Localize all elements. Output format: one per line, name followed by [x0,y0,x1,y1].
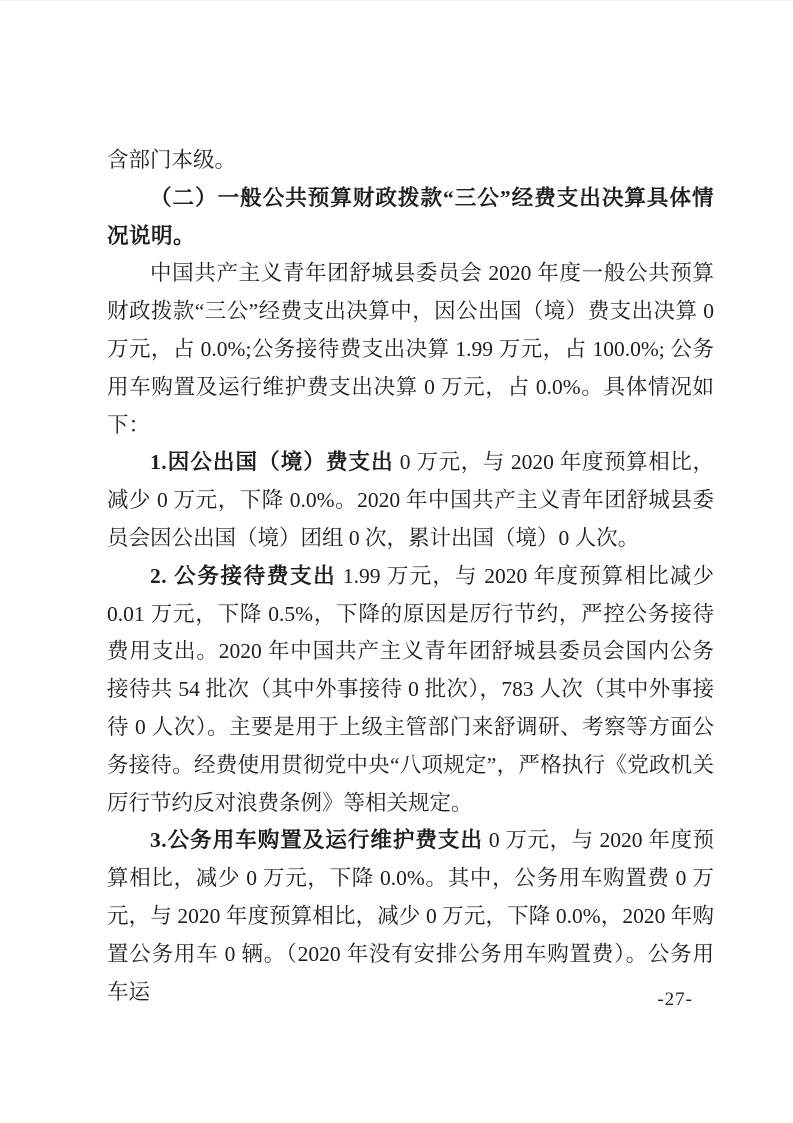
paragraph-lead-bold: 1.因公出国（境）费支出 [150,450,394,474]
paragraph-text: 0 万元，与 2020 年度预算相比，减少 0 万元，下降 0.0%。其中，公务… [107,828,714,1003]
section-heading: （二）一般公共预算财政拨款“三公”经费支出决算具体情况说明。 [107,180,714,256]
paragraph-text: 1.99 万元，与 2020 年度预算相比减少 0.01 万元，下降 0.5%，… [107,564,714,815]
paragraph-lead-bold: 3.公务用车购置及运行维护费支出 [150,828,483,852]
paragraph-text: 含部门本级。 [107,148,236,172]
paragraph-item-3: 3.公务用车购置及运行维护费支出 0 万元，与 2020 年度预算相比，减少 0… [107,822,714,1011]
paragraph-text: 中国共产主义青年团舒城县委员会 2020 年度一般公共预算财政拨款“三公”经费支… [107,261,714,436]
paragraph-lead-bold: 2. 公务接待费支出 [150,564,336,588]
paragraph-overview: 中国共产主义青年团舒城县委员会 2020 年度一般公共预算财政拨款“三公”经费支… [107,255,714,444]
paragraph-item-2: 2. 公务接待费支出 1.99 万元，与 2020 年度预算相比减少 0.01 … [107,558,714,823]
paragraph-continued: 含部门本级。 [107,142,714,180]
paragraph-item-1: 1.因公出国（境）费支出 0 万元，与 2020 年度预算相比，减少 0 万元，… [107,444,714,557]
page-number: -27- [657,989,693,1011]
paragraph-text: （二）一般公共预算财政拨款“三公”经费支出决算具体情况说明。 [107,186,714,248]
document-page: 含部门本级。（二）一般公共预算财政拨款“三公”经费支出决算具体情况说明。中国共产… [0,0,793,1123]
document-body: 含部门本级。（二）一般公共预算财政拨款“三公”经费支出决算具体情况说明。中国共产… [107,142,714,1011]
